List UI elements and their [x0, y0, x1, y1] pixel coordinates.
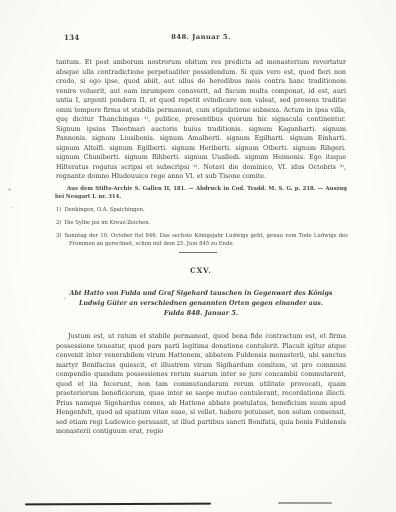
- scan-artifact-line: [278, 502, 332, 504]
- footnote-2-text: Die Sylbe psi im Kreuz-Zeichen.: [64, 220, 150, 226]
- page-header: 134 848. Januar 5.: [56, 33, 346, 43]
- footnote-1: 1)Denkingen, O.A. Spaichingen.: [56, 207, 348, 215]
- footnotes-block: 1)Denkingen, O.A. Spaichingen. 2)Die Syl…: [56, 202, 348, 254]
- section-divider-rule: [179, 252, 217, 253]
- charter-cxv-number: CXV.: [56, 266, 346, 275]
- charter-cxiv-body-text: tantum. Et post amborum nostrorum obitum…: [56, 58, 346, 182]
- footnote-3: 3)Sonntag der 10. October fiel 846. Das …: [56, 233, 348, 248]
- footnote-1-text: Denkingen, O.A. Spaichingen.: [64, 207, 144, 213]
- book-page: 134 848. Januar 5. tantum. Et post ambor…: [0, 0, 396, 512]
- scan-speck: *: [8, 189, 11, 195]
- footnote-2: 2)Die Sylbe psi im Kreuz-Zeichen.: [56, 220, 348, 228]
- charter-cxv-summary: Abt Hatto von Fulda und Graf Sigehard ta…: [62, 289, 340, 308]
- footnote-3-text: Sonntag der 10. October fiel 846. Das se…: [64, 233, 348, 247]
- running-head-date: 848. Januar 5.: [56, 33, 346, 41]
- scan-speck: ,: [64, 294, 66, 300]
- charter-cxiv-source-note: Aus dem Stifts-Archiv S. Gallen II, 181.…: [55, 186, 347, 201]
- charter-cxv-body-text: Justum est, ut ratum et stabile permanea…: [56, 332, 346, 437]
- scan-artifact-line: [25, 503, 211, 506]
- charter-cxv-dateline: Fulda 848. Januar 5.: [56, 309, 346, 317]
- scan-speck: .: [11, 203, 13, 209]
